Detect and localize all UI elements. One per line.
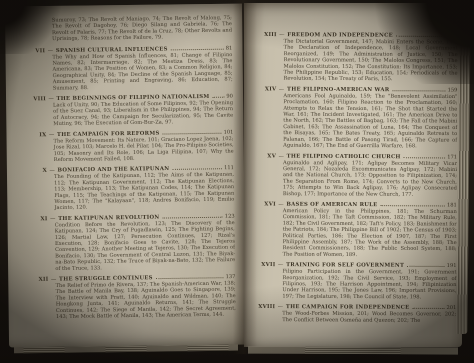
chapter-body: American Policy in the Philippines, 181;… [283, 208, 457, 259]
dot-leader [171, 48, 224, 50]
chapter-body: Condition Before the Revolution, 123; Th… [55, 219, 236, 271]
dot-leader [163, 133, 222, 135]
dash-separator: — [46, 131, 57, 138]
chapter-body: The Reform Movement: Its Nature, 101; Gr… [53, 135, 233, 162]
chapter-body: The Founding of the Katipunan, 112; The … [54, 171, 235, 211]
chapter-body: The Wood-Forbes Mission, 201; Wood Becom… [282, 310, 456, 323]
dot-leader [380, 205, 445, 206]
book-photo: Sumuroy, 73; The Revolt of Maniago, 74; … [0, 0, 474, 363]
dot-leader [404, 157, 446, 158]
left-page-text: Sumuroy, 73; The Revolt of Maniago, 74; … [24, 15, 236, 321]
toc-chapter-xiv: XIV — THE FILIPINO-AMERICAN WAR 159 Amer… [255, 86, 457, 149]
page-edge-stack-bottom-right [248, 346, 458, 354]
chapter-body: The Relief of Primo de Rivera, 137; The … [56, 280, 237, 320]
photo-dark-corner-top-right [364, 0, 474, 84]
toc-chapter-viii: VIII — THE BEGINNINGS OF FILIPINO NATION… [25, 93, 233, 127]
toc-chapter-ix: IX — THE CAMPAIGN FOR REFORMS 101 The Re… [25, 129, 233, 163]
toc-chapter-x: X — BONIFACIO AND THE KATIPUNAN 111 The … [26, 165, 235, 212]
chapter-numeral: XV [255, 153, 276, 160]
chapter-body: The Why and How of Spanish Influences, 8… [52, 51, 233, 91]
chapter-numeral: IX [25, 132, 46, 139]
dot-leader [156, 277, 224, 279]
chapter-page-number: 81 [226, 45, 233, 52]
dash-separator: — [276, 153, 287, 160]
dot-leader [162, 217, 222, 219]
chapter-numeral: XI [27, 216, 48, 223]
chapter-body: Lack of Unity, 90; The Education of Some… [53, 100, 233, 127]
chapter-page-number: 101 [224, 129, 234, 136]
chapter-numeral: VIII [25, 96, 46, 103]
photo-dark-corner-top-left [0, 0, 70, 54]
chapter-numeral: XIV [255, 86, 276, 93]
chapter-continuation-text: Sumuroy, 73; The Revolt of Maniago, 74; … [52, 15, 232, 42]
chapter-body: Filipino Participation in the Government… [282, 268, 456, 300]
chapter-body: Americans Fool Aguinaldo, 159; The "Bene… [283, 93, 457, 150]
dash-separator: — [276, 86, 287, 93]
dot-leader [212, 97, 224, 98]
chapter-page-number: 159 [448, 87, 458, 94]
dot-leader [407, 266, 445, 267]
chapter-body: Aguinaldo and Aglipay, 171; Aglipay Beco… [283, 159, 457, 197]
toc-chapter-xviii: XVIII — THE CAMPAIGN FOR INDEPENDENCE 20… [254, 304, 456, 324]
dot-leader [412, 308, 444, 309]
chapter-numeral: X [26, 167, 47, 174]
dot-leader [172, 168, 222, 170]
chapter-numeral: XVIII [254, 304, 275, 311]
chapter-numeral: XVII [255, 262, 276, 269]
dot-leader [392, 90, 445, 91]
chapter-numeral: XII [27, 276, 48, 283]
chapter-page-number: 171 [447, 154, 457, 161]
left-page-text-area: Sumuroy, 73; The Revolt of Maniago, 74; … [24, 15, 236, 334]
chapter-numeral: XVI [255, 201, 276, 208]
dash-separator: — [276, 201, 287, 208]
toc-chapter-xv: XV — THE FILIPINO CATHOLIC CHURCH 171 Ag… [255, 153, 457, 198]
toc-chapter-xii: XII — THE STRUGGLE CONTINUES 137 The Rel… [27, 274, 236, 321]
toc-chapter-xvi: XVI — BASES OF AMERICAN RULE 181 America… [255, 201, 457, 258]
chapter-numeral: XIII [256, 31, 277, 38]
toc-chapter-xi: XI — THE KATIPUNAN REVOLUTION 123 Condit… [27, 213, 236, 272]
toc-chapter-xvii: XVII — TRAINING FOR SELF GOVERNMENT 191 … [254, 262, 456, 301]
